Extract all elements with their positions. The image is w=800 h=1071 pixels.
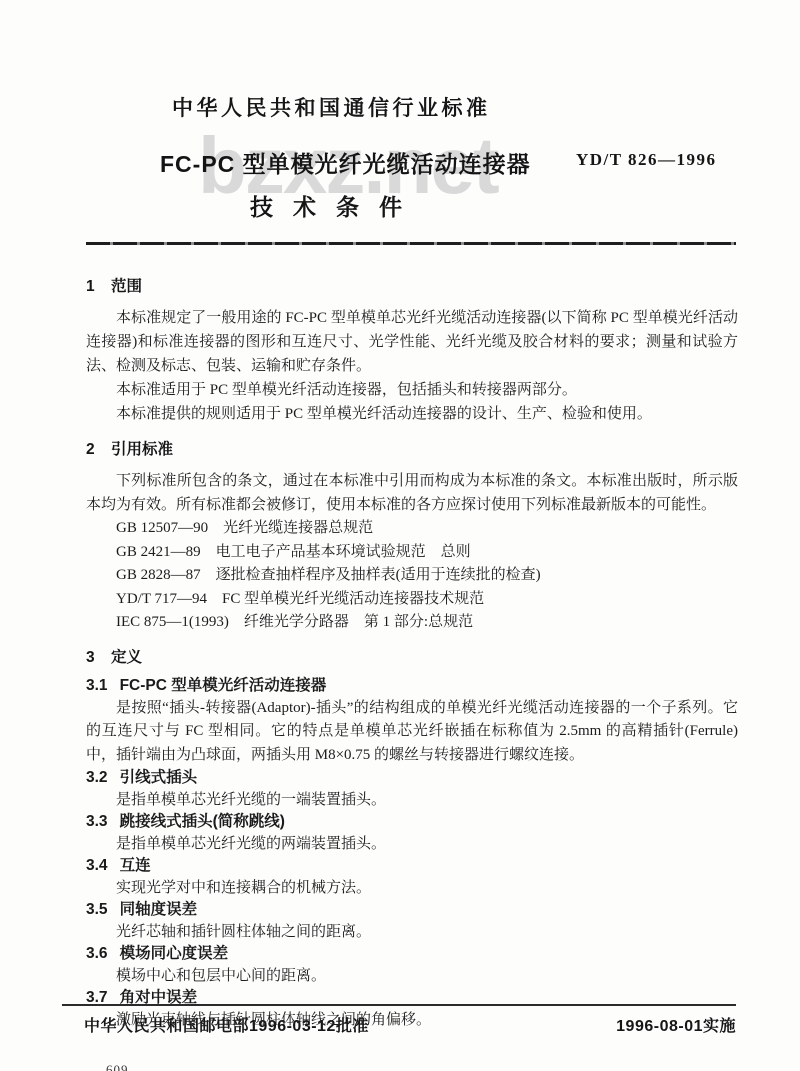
definition-text: 是按照“插头-转接器(Adaptor)-插头”的结构组成的单模光纤光缆活动连接器… bbox=[86, 697, 738, 768]
reference-item: GB 2421—89 电工电子产品基本环境试验规范 总则 bbox=[116, 541, 738, 565]
definition-text: 是指单模单芯光纤光缆的一端装置插头。 bbox=[86, 789, 738, 811]
section-1-paragraph: 本标准规定了一般用途的 FC-PC 型单模单芯光纤光缆活动连接器(以下简称 PC… bbox=[86, 306, 738, 378]
reference-item: GB 12507—90 光纤光缆连接器总规范 bbox=[116, 517, 738, 541]
definition-3-1: 3.1FC-PC 型单模光纤活动连接器 是按照“插头-转接器(Adaptor)-… bbox=[86, 675, 738, 768]
header-divider-rule bbox=[86, 242, 736, 245]
definition-term: 3.2引线式插头 bbox=[86, 767, 738, 789]
definition-term: 3.5同轴度误差 bbox=[86, 899, 738, 921]
definition-term-label: 跳接线式插头(简称跳线) bbox=[120, 813, 285, 830]
definition-3-3: 3.3跳接线式插头(简称跳线) 是指单模单芯光纤光缆的两端装置插头。 bbox=[86, 811, 738, 855]
reference-list: GB 12507—90 光纤光缆连接器总规范 GB 2421—89 电工电子产品… bbox=[86, 517, 738, 635]
definition-text: 是指单模单芯光纤光缆的两端装置插头。 bbox=[86, 833, 738, 855]
definition-term-label: 模场同心度误差 bbox=[120, 945, 229, 962]
document-page: bzxz.net 中华人民共和国通信行业标准 FC-PC 型单模光纤光缆活动连接… bbox=[0, 0, 800, 1071]
definition-text: 实现光学对中和连接耦合的机械方法。 bbox=[86, 877, 738, 899]
definition-text: 光纤芯轴和插针圆柱体轴之间的距离。 bbox=[86, 921, 738, 943]
definition-number: 3.7 bbox=[86, 987, 108, 1009]
page-number: 609 bbox=[106, 1062, 129, 1071]
definition-term-label: 角对中误差 bbox=[120, 989, 198, 1006]
definition-term: 3.4互连 bbox=[86, 855, 738, 877]
definition-3-5: 3.5同轴度误差 光纤芯轴和插针圆柱体轴之间的距离。 bbox=[86, 899, 738, 943]
definition-term-label: 同轴度误差 bbox=[120, 901, 198, 918]
definition-number: 3.4 bbox=[86, 855, 108, 877]
document-title: FC-PC 型单模光纤光缆活动连接器 bbox=[160, 146, 531, 179]
definition-term: 3.3跳接线式插头(简称跳线) bbox=[86, 811, 738, 833]
definition-number: 3.3 bbox=[86, 811, 108, 833]
definition-term: 3.7角对中误差 bbox=[86, 987, 738, 1009]
section-3-heading: 3定义 bbox=[86, 647, 738, 669]
section-2-number: 2 bbox=[86, 439, 98, 461]
section-1-paragraph: 本标准适用于 PC 型单模光纤活动连接器，包括插头和转接器两部分。 bbox=[86, 378, 738, 402]
section-2-heading: 2引用标准 bbox=[86, 439, 738, 461]
definition-text: 激励光束轴线与插针圆柱体轴线之间的角偏移。 bbox=[86, 1009, 738, 1031]
definition-number: 3.2 bbox=[86, 767, 108, 789]
definition-number: 3.5 bbox=[86, 899, 108, 921]
section-1-number: 1 bbox=[86, 276, 98, 298]
section-1-label: 范围 bbox=[111, 278, 142, 295]
definition-text: 模场中心和包层中心间的距离。 bbox=[86, 965, 738, 987]
section-2-intro: 下列标准所包含的条文，通过在本标准中引用而构成为本标准的条文。本标准出版时，所示… bbox=[86, 469, 738, 517]
document-subtitle: 技术条件 bbox=[250, 189, 422, 222]
definition-3-2: 3.2引线式插头 是指单模单芯光纤光缆的一端装置插头。 bbox=[86, 767, 738, 811]
standard-type-heading: 中华人民共和国通信行业标准 bbox=[172, 92, 491, 122]
section-2-label: 引用标准 bbox=[111, 441, 173, 458]
section-3-label: 定义 bbox=[111, 649, 142, 666]
section-3-number: 3 bbox=[86, 647, 98, 669]
definition-term-label: FC-PC 型单模光纤活动连接器 bbox=[120, 677, 327, 694]
reference-item: IEC 875—1(1993) 纤维光学分路器 第 1 部分:总规范 bbox=[116, 611, 738, 635]
definition-number: 3.1 bbox=[86, 675, 108, 697]
definition-3-6: 3.6模场同心度误差 模场中心和包层中心间的距离。 bbox=[86, 943, 738, 987]
document-body: 1范围 本标准规定了一般用途的 FC-PC 型单模单芯光纤光缆活动连接器(以下简… bbox=[86, 268, 738, 1031]
definition-term-label: 互连 bbox=[120, 857, 151, 874]
reference-item: YD/T 717—94 FC 型单模光纤光缆活动连接器技术规范 bbox=[116, 588, 738, 612]
definition-term: 3.6模场同心度误差 bbox=[86, 943, 738, 965]
definition-number: 3.6 bbox=[86, 943, 108, 965]
section-1-heading: 1范围 bbox=[86, 276, 738, 298]
definition-term: 3.1FC-PC 型单模光纤活动连接器 bbox=[86, 675, 738, 697]
reference-item: GB 2828—87 逐批检查抽样程序及抽样表(适用于连续批的检查) bbox=[116, 564, 738, 588]
definition-3-4: 3.4互连 实现光学对中和连接耦合的机械方法。 bbox=[86, 855, 738, 899]
definition-3-7: 3.7角对中误差 激励光束轴线与插针圆柱体轴线之间的角偏移。 bbox=[86, 987, 738, 1031]
definition-term-label: 引线式插头 bbox=[120, 769, 198, 786]
section-1-paragraph: 本标准提供的规则适用于 PC 型单模光纤活动连接器的设计、生产、检验和使用。 bbox=[86, 402, 738, 426]
standard-number: YD/T 826—1996 bbox=[576, 150, 717, 170]
